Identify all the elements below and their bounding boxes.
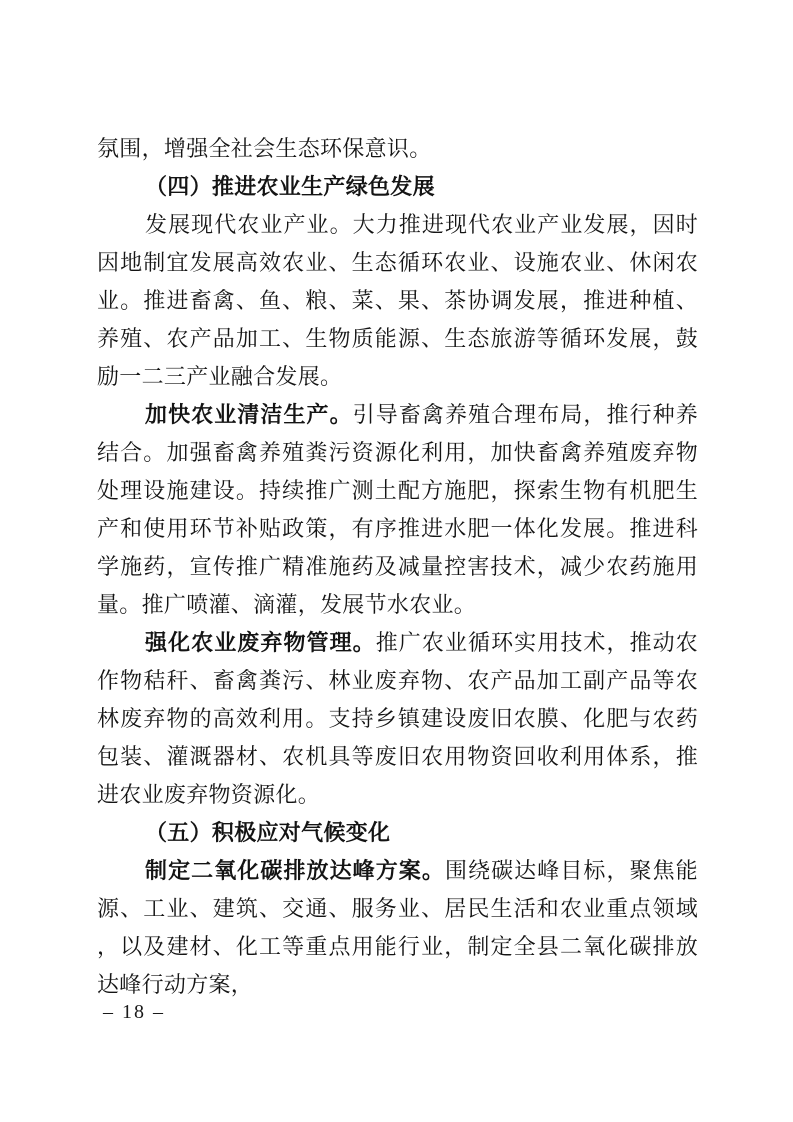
paragraph-lead: 制定二氧化碳排放达峰方案。 [145, 858, 445, 883]
paragraph: 加快农业清洁生产。引导畜禽养殖合理布局，推行种养结合。加强畜禽养殖粪污资源化利用… [97, 396, 698, 624]
section-heading-four: （四）推进农业生产绿色发展 [97, 168, 698, 206]
paragraph-continued: 氛围，增强全社会生态环保意识。 [97, 130, 698, 168]
paragraph-lead: 加快农业清洁生产。 [145, 402, 353, 427]
document-body: 氛围，增强全社会生态环保意识。 （四）推进农业生产绿色发展 发展现代农业产业。大… [97, 130, 698, 1004]
document-page: 氛围，增强全社会生态环保意识。 （四）推进农业生产绿色发展 发展现代农业产业。大… [0, 0, 793, 1122]
paragraph-text: 推广农业循环实用技术，推动农作物秸秆、畜禽粪污、林业废弃物、农产品加工副产品等农… [97, 630, 698, 807]
section-heading-five: （五）积极应对气候变化 [97, 814, 698, 852]
page-number: – 18 – [103, 999, 165, 1025]
paragraph-lead: 强化农业废弃物管理。 [145, 630, 376, 655]
paragraph: 强化农业废弃物管理。推广农业循环实用技术，推动农作物秸秆、畜禽粪污、林业废弃物、… [97, 624, 698, 814]
paragraph: 发展现代农业产业。大力推进现代农业产业发展，因时因地制宜发展高效农业、生态循环农… [97, 206, 698, 396]
paragraph-text: 引导畜禽养殖合理布局，推行种养结合。加强畜禽养殖粪污资源化利用，加快畜禽养殖废弃… [97, 402, 698, 617]
paragraph: 制定二氧化碳排放达峰方案。围绕碳达峰目标，聚焦能源、工业、建筑、交通、服务业、居… [97, 852, 698, 1004]
